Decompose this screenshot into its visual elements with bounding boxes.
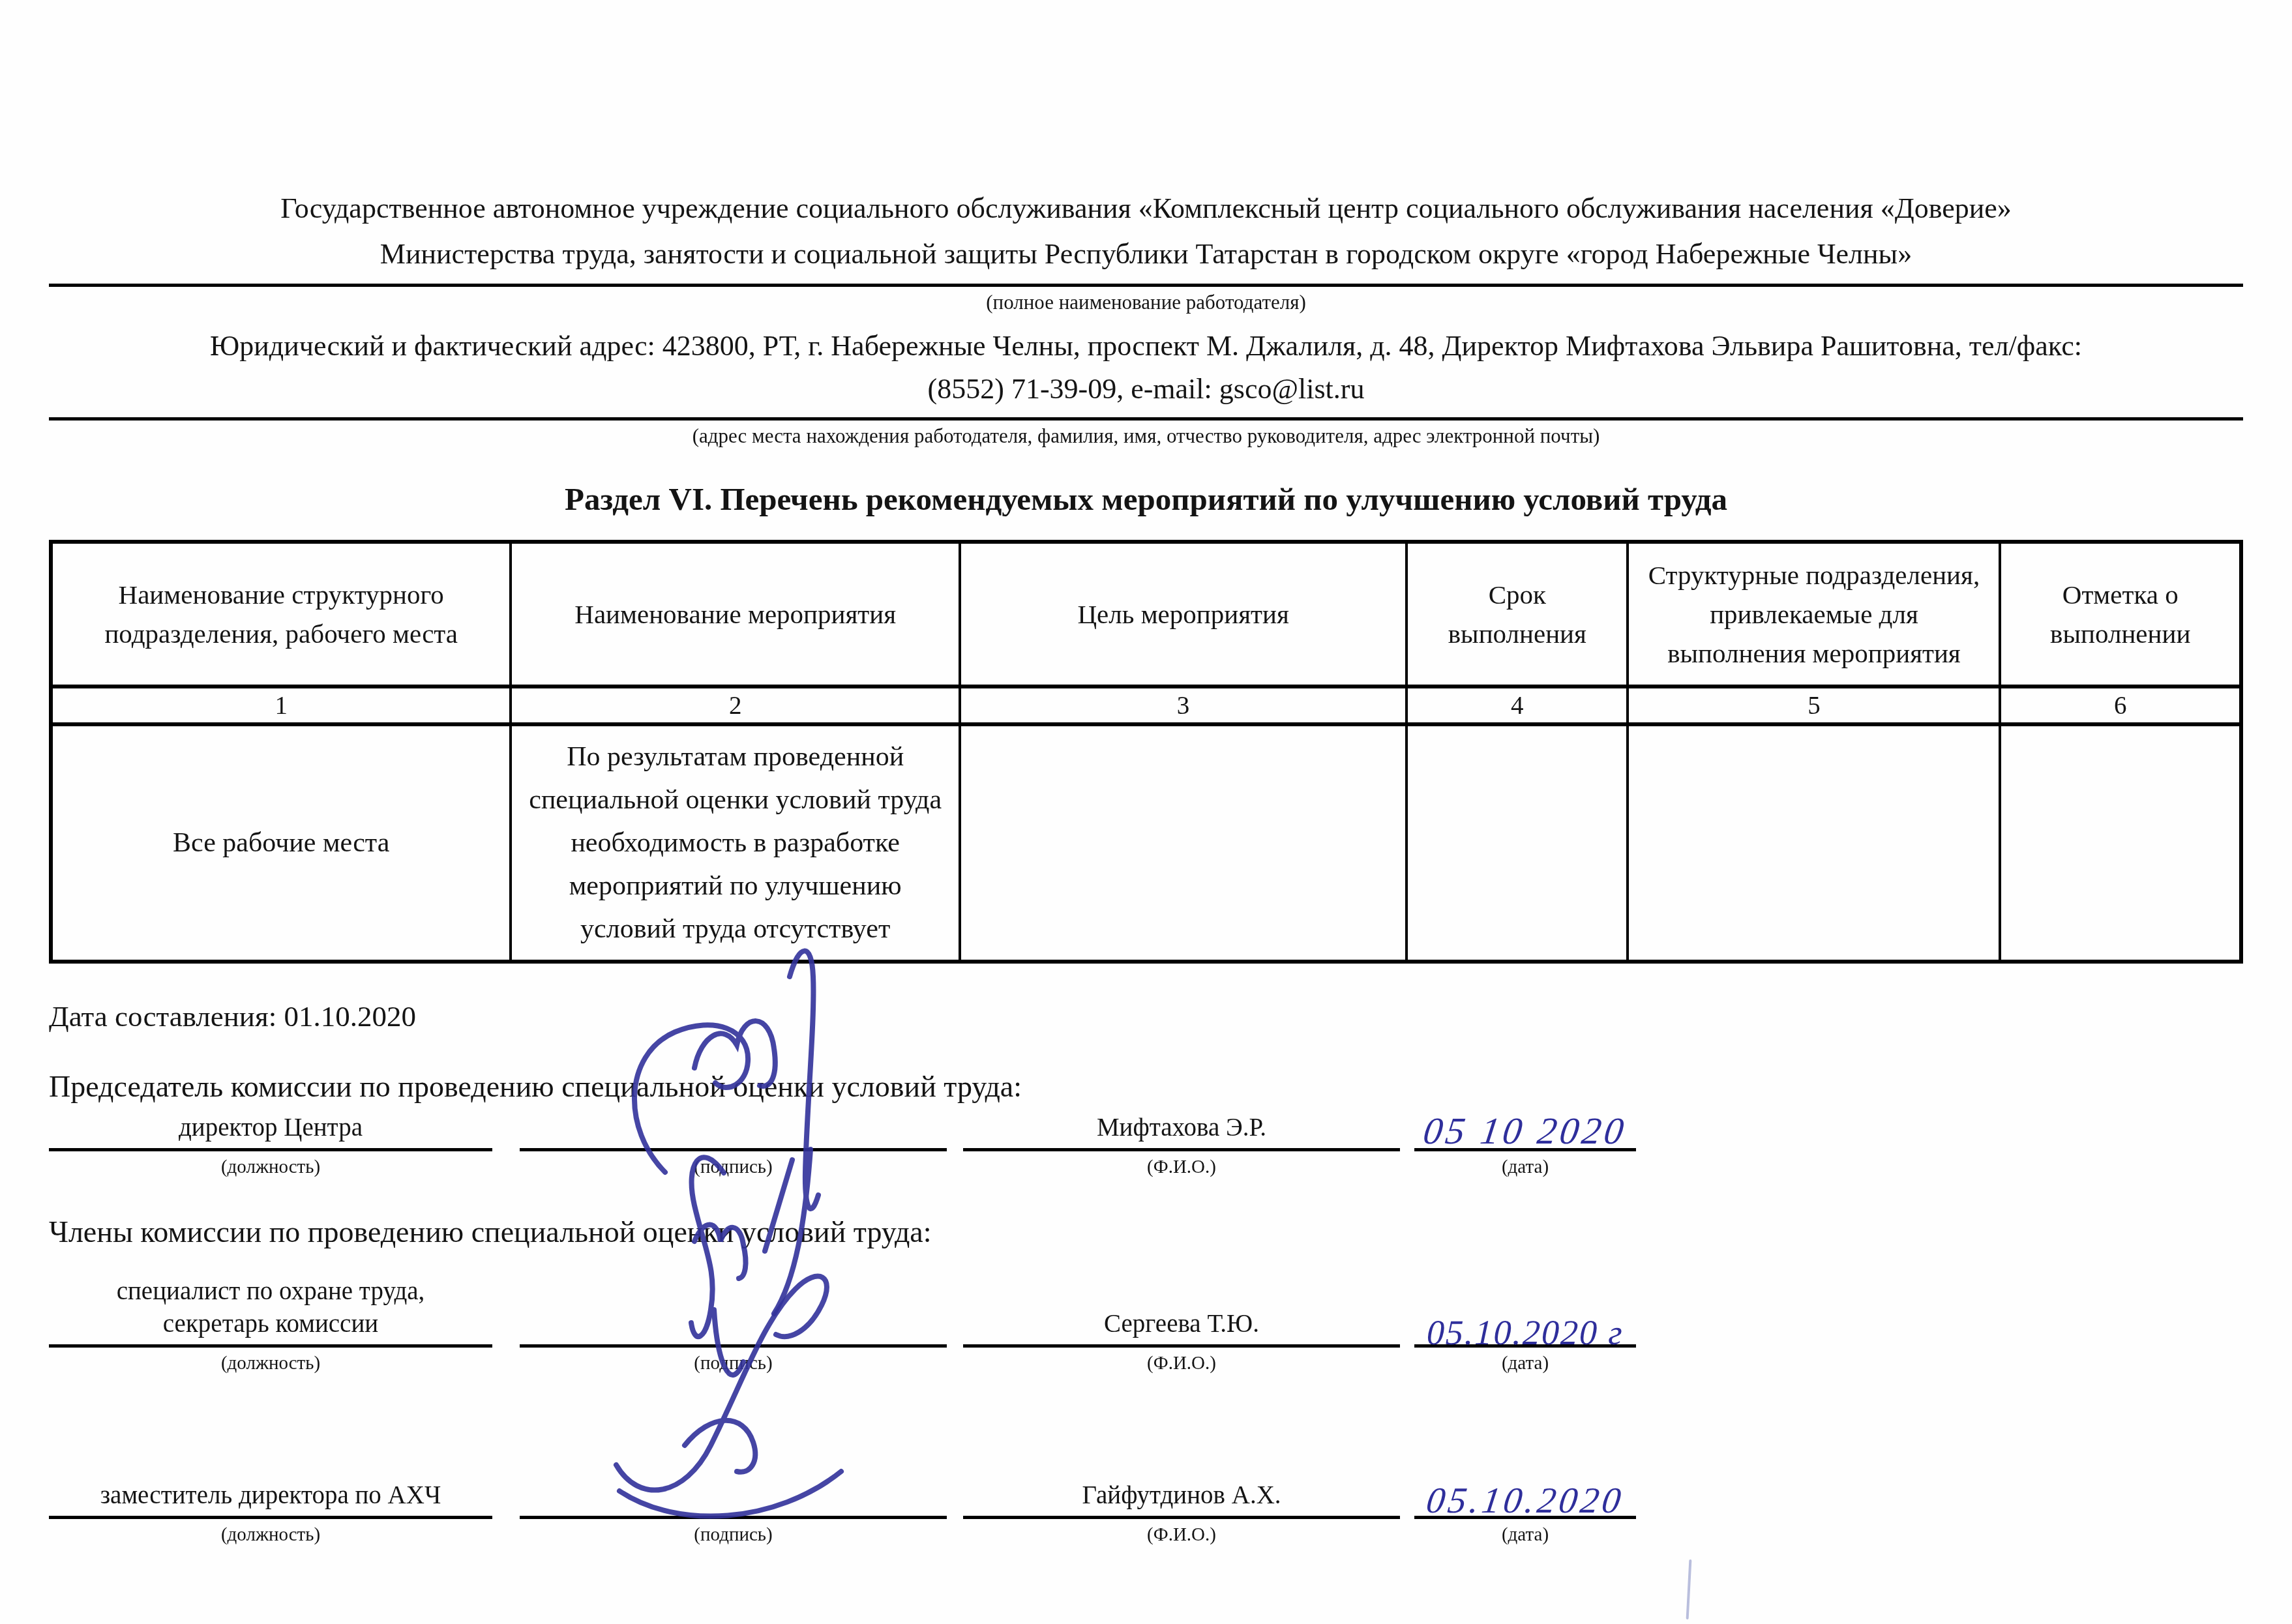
cell-term bbox=[1406, 724, 1628, 962]
name-caption: (Ф.И.О.) bbox=[963, 1155, 1400, 1179]
chairman-date-block: 05 10 2020 (дата) bbox=[1414, 1148, 1636, 1179]
col-header-workplace: Наименование структурного подразделения,… bbox=[51, 542, 511, 687]
chairman-name-block: Мифтахова Э.Р. (Ф.И.О.) bbox=[963, 1112, 1400, 1179]
date-caption: (дата) bbox=[1414, 1155, 1636, 1179]
cell-workplace: Все рабочие места bbox=[51, 724, 511, 962]
section-title: Раздел VI. Перечень рекомендуемых меропр… bbox=[49, 480, 2243, 518]
col-number-2: 2 bbox=[511, 687, 960, 724]
position-caption: (должность) bbox=[49, 1523, 492, 1546]
col-header-mark: Отметка о выполнении bbox=[2000, 542, 2241, 687]
member2-name: Гайфутдинов А.Х. bbox=[963, 1479, 1400, 1512]
col-number-6: 6 bbox=[2000, 687, 2241, 724]
employer-name-line1: Государственное автономное учреждение со… bbox=[49, 186, 2243, 231]
col-number-5: 5 bbox=[1628, 687, 2000, 724]
col-number-4: 4 bbox=[1406, 687, 1628, 724]
signature-line bbox=[963, 1344, 1400, 1348]
employer-name-line2: Министерства труда, занятости и социальн… bbox=[49, 231, 2243, 277]
employer-name: Государственное автономное учреждение со… bbox=[49, 186, 2243, 277]
member2-position: заместитель директора по АХЧ bbox=[49, 1479, 492, 1512]
members-heading: Члены комиссии по проведению специальной… bbox=[49, 1215, 2243, 1249]
employer-address-line1: Юридический и фактический адрес: 423800,… bbox=[49, 325, 2243, 368]
signature-row-member-1: специалист по охране труда, секретарь ко… bbox=[49, 1275, 2243, 1375]
measures-table: Наименование структурного подразделения,… bbox=[49, 540, 2243, 964]
sign-caption: (подпись) bbox=[520, 1351, 947, 1375]
member1-position-line2: секретарь комиссии bbox=[49, 1308, 492, 1340]
signature-line bbox=[49, 1516, 492, 1519]
employer-address-line2: (8552) 71-39-09, e-mail: gsco@list.ru bbox=[49, 368, 2243, 411]
chairman-heading: Председатель комиссии по проведению спец… bbox=[49, 1069, 2243, 1104]
date-caption: (дата) bbox=[1414, 1351, 1636, 1375]
cell-goal bbox=[960, 724, 1406, 962]
member1-position: специалист по охране труда, секретарь ко… bbox=[49, 1275, 492, 1340]
document-page: Государственное автономное учреждение со… bbox=[0, 0, 2292, 1624]
member1-name: Сергеева Т.Ю. bbox=[963, 1308, 1400, 1340]
signature-line bbox=[520, 1344, 947, 1348]
cell-departments bbox=[1628, 724, 2000, 962]
member1-handwritten-date: 05.10.2020 г bbox=[1414, 1312, 1637, 1353]
member2-handwritten-date: 05.10.2020 bbox=[1412, 1480, 1639, 1522]
chairman-name: Мифтахова Э.Р. bbox=[963, 1112, 1400, 1144]
signature-line bbox=[963, 1516, 1400, 1519]
col-header-term: Срок выполнения bbox=[1406, 542, 1628, 687]
chairman-position-block: директор Центра (должность) bbox=[49, 1112, 492, 1179]
compiled-date-line: Дата составления: 01.10.2020 bbox=[49, 999, 2243, 1033]
cell-measure: По результатам проведенной специальной о… bbox=[511, 724, 960, 962]
date-caption: (дата) bbox=[1414, 1523, 1636, 1546]
col-number-3: 3 bbox=[960, 687, 1406, 724]
employer-name-caption: (полное наименование работодателя) bbox=[49, 289, 2243, 316]
table-row: Все рабочие места По результатам проведе… bbox=[51, 724, 2241, 962]
signature-line bbox=[520, 1516, 947, 1519]
col-header-departments: Структурные подразделения, привлекаемые … bbox=[1628, 542, 2000, 687]
member1-position-block: специалист по охране труда, секретарь ко… bbox=[49, 1275, 492, 1375]
employer-address: Юридический и фактический адрес: 423800,… bbox=[49, 325, 2243, 411]
signature-row-chairman: директор Центра (должность) (подпись) Ми… bbox=[49, 1112, 2243, 1179]
chairman-sign-block: (подпись) bbox=[520, 1148, 947, 1179]
name-caption: (Ф.И.О.) bbox=[963, 1523, 1400, 1546]
compiled-date-label: Дата составления: bbox=[49, 1000, 276, 1033]
signature-line bbox=[49, 1148, 492, 1151]
employer-address-caption: (адрес места нахождения работодателя, фа… bbox=[49, 423, 2243, 449]
member1-position-line1: специалист по охране труда, bbox=[49, 1275, 492, 1308]
sign-caption: (подпись) bbox=[520, 1155, 947, 1179]
chairman-position: директор Центра bbox=[49, 1112, 492, 1144]
member2-date-block: 05.10.2020 (дата) bbox=[1414, 1516, 1636, 1546]
chairman-handwritten-date: 05 10 2020 bbox=[1411, 1109, 1639, 1153]
table-header-row: Наименование структурного подразделения,… bbox=[51, 542, 2241, 687]
employer-header: Государственное автономное учреждение со… bbox=[49, 186, 2243, 449]
member1-sign-block: (подпись) bbox=[520, 1344, 947, 1375]
stray-ink-mark bbox=[1686, 1559, 1692, 1619]
employer-address-underline bbox=[49, 417, 2243, 421]
compiled-date-value: 01.10.2020 bbox=[284, 1000, 416, 1033]
sign-caption: (подпись) bbox=[520, 1523, 947, 1546]
table-number-row: 1 2 3 4 5 6 bbox=[51, 687, 2241, 724]
member2-sign-block: (подпись) bbox=[520, 1516, 947, 1546]
col-header-goal: Цель мероприятия bbox=[960, 542, 1406, 687]
signature-line bbox=[49, 1344, 492, 1348]
member1-date-block: 05.10.2020 г (дата) bbox=[1414, 1344, 1636, 1375]
name-caption: (Ф.И.О.) bbox=[963, 1351, 1400, 1375]
position-caption: (должность) bbox=[49, 1351, 492, 1375]
signature-line bbox=[520, 1148, 947, 1151]
member1-name-block: Сергеева Т.Ю. (Ф.И.О.) bbox=[963, 1308, 1400, 1375]
chairman-signature-ink bbox=[597, 915, 871, 1319]
signature-line bbox=[963, 1148, 1400, 1151]
member2-position-block: заместитель директора по АХЧ (должность) bbox=[49, 1479, 492, 1546]
employer-name-underline bbox=[49, 284, 2243, 287]
col-number-1: 1 bbox=[51, 687, 511, 724]
cell-mark bbox=[2000, 724, 2241, 962]
position-caption: (должность) bbox=[49, 1155, 492, 1179]
signature-row-member-2: заместитель директора по АХЧ (должность)… bbox=[49, 1479, 2243, 1546]
member2-name-block: Гайфутдинов А.Х. (Ф.И.О.) bbox=[963, 1479, 1400, 1546]
col-header-measure: Наименование мероприятия bbox=[511, 542, 960, 687]
